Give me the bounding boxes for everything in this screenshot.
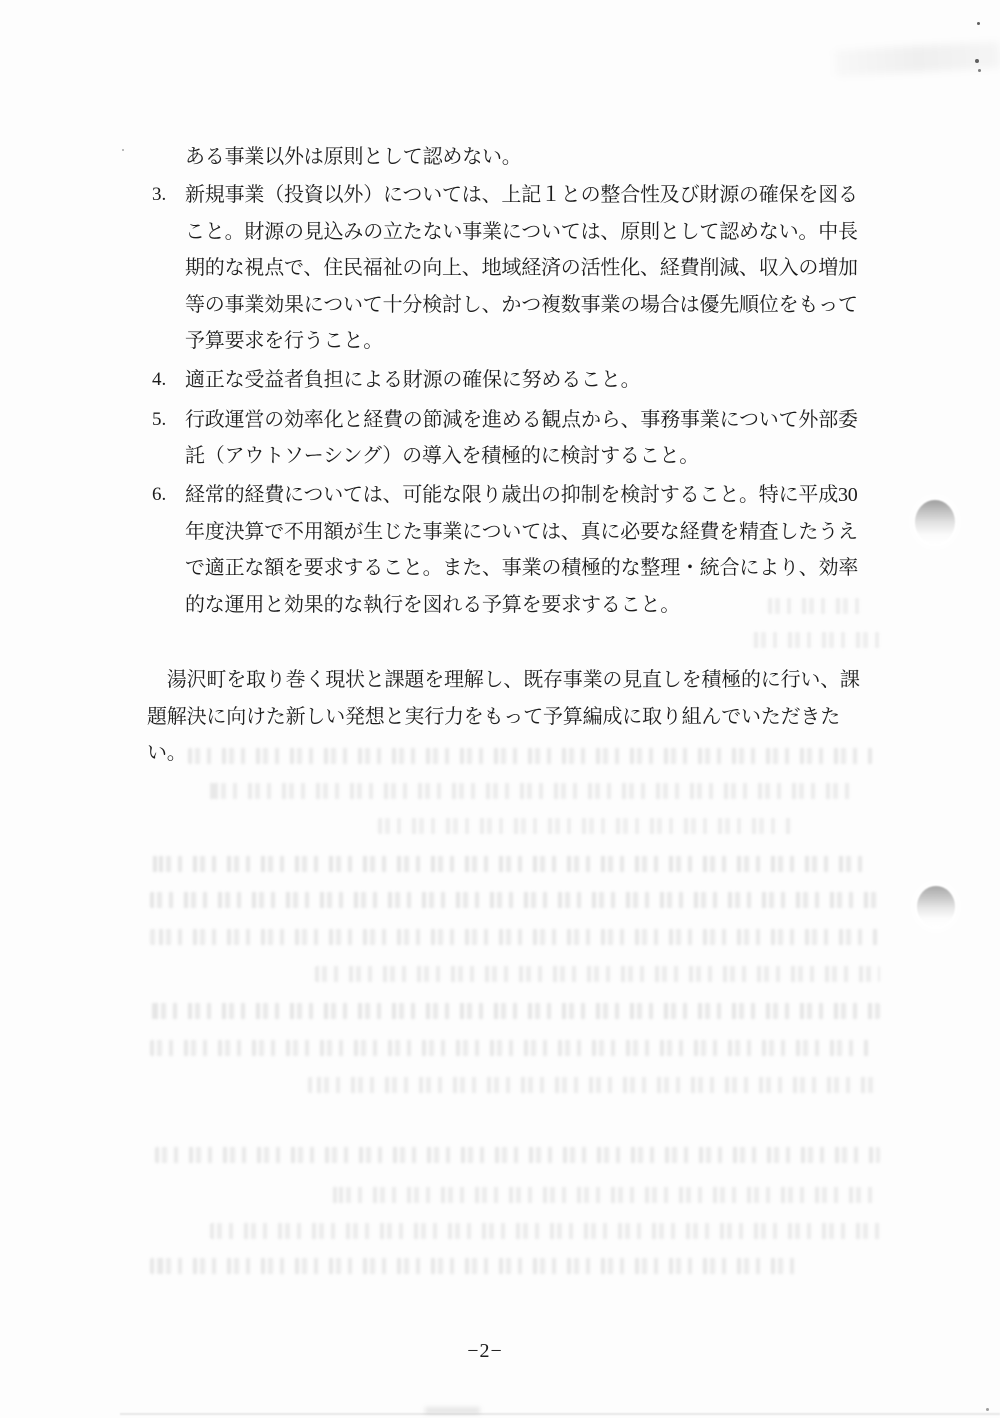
bleed-through-line [150,856,870,872]
page-number: −2− [430,1340,540,1363]
text-line: 託（アウトソーシング）の導入を積極的に検討すること。 [185,438,1000,475]
text-line: 期的な視点で、住民福祉の向上、地域経済の活性化、経費削減、収入の増加 [185,250,1000,287]
text-line: 等の事業効果について十分検討し、かつ複数事業の場合は優先順位をもって [185,287,1000,324]
scan-speck [978,69,981,72]
scan-edge-line [120,1413,1000,1415]
item-number: 5. [152,402,166,439]
bleed-through-line [150,1040,870,1056]
punch-hole-mark [917,886,955,927]
bleed-through-line [378,818,793,834]
item-number: 6. [152,477,166,514]
numbered-item: 5.行政運営の効率化と経費の節減を進める観点から、事務事業について外部委託（アウ… [0,402,1000,475]
bleed-through-line [150,892,880,908]
text-line: で適正な額を要求すること。また、事業の積極的な整理・統合により、効率 [185,550,1000,587]
text-line: 的な運用と効果的な執行を図れる予算を要求すること。 [185,587,1000,624]
bleed-through-line [210,1223,880,1239]
paragraph-line: ある事業以外は原則として認めない。 [185,139,522,176]
numbered-item: 6.経常的経費については、可能な限り歳出の抑制を検討すること。特に平成30年度決… [0,477,1000,623]
bleed-through-line [150,929,880,945]
item-number: 4. [152,362,166,399]
scan-speck [122,149,124,151]
text-line: 湯沢町を取り巻く現状と課題を理解し、既存事業の見直しを積極的に行い、課 [147,662,907,699]
text-line: 新規事業（投資以外）については、上記１との整合性及び財源の確保を図る [185,177,1000,214]
bleed-through-line [745,632,880,648]
scan-speck [986,1408,989,1411]
scan-edge-smudge [425,1407,480,1414]
bleed-through-line [315,966,880,982]
text-line: 予算要求を行うこと。 [185,323,1000,360]
text-line: こと。財源の見込みの立たない事業については、原則として認めない。中長 [185,214,1000,251]
bleed-through-line [330,1187,880,1203]
text-line: 適正な受益者負担による財源の確保に努めること。 [185,362,1000,399]
numbered-item: 3.新規事業（投資以外）については、上記１との整合性及び財源の確保を図ること。財… [0,177,1000,360]
text-line: 行政運営の効率化と経費の節減を進める観点から、事務事業について外部委 [185,402,1000,439]
bleed-through-line [308,1077,880,1093]
numbered-item: 4.適正な受益者負担による財源の確保に努めること。 [0,362,1000,399]
text-line: い。 [147,735,907,772]
scanned-document-page: ある事業以外は原則として認めない。 3.新規事業（投資以外）については、上記１と… [0,0,1000,1418]
bleed-through-line [150,1258,805,1274]
text-line: 年度決算で不用額が生じた事業については、真に必要な経費を精査したうえ [185,514,1000,551]
text-line: 経常的経費については、可能な限り歳出の抑制を検討すること。特に平成30 [185,477,1000,514]
closing-paragraph: 湯沢町を取り巻く現状と課題を理解し、既存事業の見直しを積極的に行い、課題解決に向… [147,662,907,772]
bleed-through-line [205,783,855,799]
numbered-item-list: 3.新規事業（投資以外）については、上記１との整合性及び財源の確保を図ること。財… [0,177,1000,624]
text-line: 題解決に向けた新しい発想と実行力をもって予算編成に取り組んでいただきた [147,699,907,736]
scan-speck [977,22,980,25]
scan-speck [975,59,979,63]
bleed-through-line [155,1147,880,1163]
bleed-through-line [145,1003,880,1019]
item-number: 3. [152,177,166,214]
